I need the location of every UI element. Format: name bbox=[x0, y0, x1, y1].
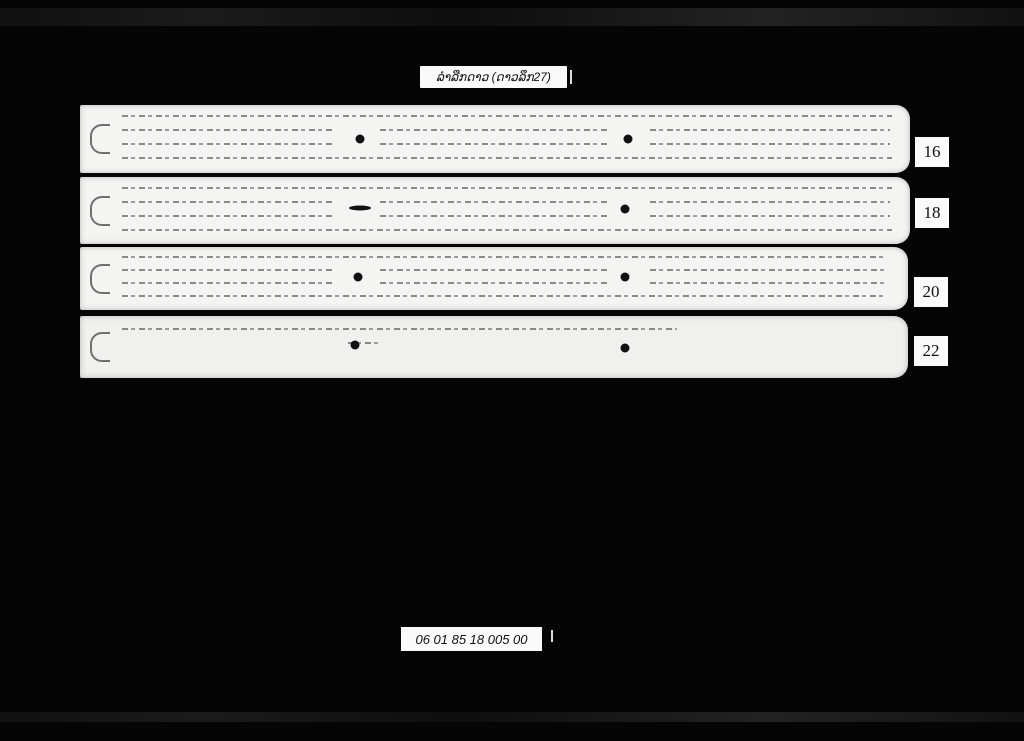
script-line bbox=[122, 157, 892, 159]
script-line bbox=[122, 187, 892, 189]
script-line bbox=[122, 201, 332, 203]
script-line bbox=[122, 129, 332, 131]
binding-hole bbox=[621, 205, 630, 214]
palm-leaf-18 bbox=[80, 177, 910, 244]
script-line bbox=[122, 115, 892, 117]
binding-hole bbox=[356, 135, 365, 144]
manuscript-title-label: ລຳລືກດາວ (ດາວລຶກ27) bbox=[420, 66, 567, 88]
script-line bbox=[380, 129, 610, 131]
leaf-number-16: 16 bbox=[915, 137, 949, 167]
palm-leaf-22 bbox=[80, 316, 908, 378]
script-line bbox=[380, 282, 610, 284]
script-line bbox=[650, 129, 890, 131]
script-line bbox=[650, 215, 890, 217]
binding-hole bbox=[354, 273, 363, 282]
microfilm-id: 06 01 85 18 005 00 bbox=[415, 632, 527, 647]
manuscript-title: ລຳລືກດາວ (ດາວລຶກ27) bbox=[436, 70, 551, 84]
script-line bbox=[380, 201, 610, 203]
script-line bbox=[380, 269, 610, 271]
script-line bbox=[650, 201, 890, 203]
script-line bbox=[122, 269, 332, 271]
script-line bbox=[650, 269, 888, 271]
binding-hole bbox=[621, 344, 630, 353]
leaf-number-18: 18 bbox=[915, 198, 949, 228]
leaf-number-text: 16 bbox=[924, 142, 941, 162]
script-line bbox=[122, 143, 332, 145]
palm-leaf-20 bbox=[80, 247, 908, 310]
leaf-number-text: 18 bbox=[924, 203, 941, 223]
margin-glyph-icon bbox=[90, 124, 110, 154]
script-line bbox=[122, 229, 892, 231]
margin-glyph-icon bbox=[90, 196, 110, 226]
binding-hole bbox=[621, 273, 630, 282]
title-tick-mark bbox=[570, 70, 572, 84]
binding-hole bbox=[624, 135, 633, 144]
script-line bbox=[650, 282, 888, 284]
leaf-number-text: 22 bbox=[923, 341, 940, 361]
binding-hole bbox=[349, 206, 371, 211]
microfilm-id-label: 06 01 85 18 005 00 bbox=[401, 627, 542, 651]
script-line bbox=[380, 143, 610, 145]
script-line bbox=[122, 256, 887, 258]
script-line bbox=[122, 295, 887, 297]
margin-glyph-icon bbox=[90, 264, 110, 294]
margin-glyph-icon bbox=[90, 332, 110, 362]
film-edge-top bbox=[0, 8, 1024, 26]
script-line bbox=[122, 215, 332, 217]
leaf-number-20: 20 bbox=[914, 277, 948, 307]
leaf-number-22: 22 bbox=[914, 336, 948, 366]
script-line bbox=[122, 328, 677, 330]
leaf-number-text: 20 bbox=[923, 282, 940, 302]
film-id-tick-mark bbox=[551, 630, 553, 642]
binding-hole bbox=[351, 341, 360, 350]
film-edge-bottom bbox=[0, 712, 1024, 722]
script-line bbox=[122, 282, 332, 284]
script-line bbox=[380, 215, 610, 217]
palm-leaf-16 bbox=[80, 105, 910, 173]
script-line bbox=[650, 143, 890, 145]
